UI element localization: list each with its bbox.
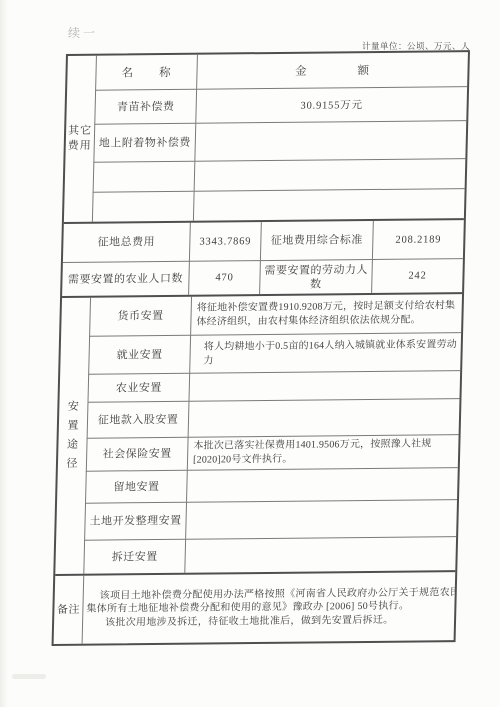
composite-standard-label: 征地费用综合标准 bbox=[271, 233, 363, 248]
fee-name-young-crops: 青苗补偿费 bbox=[117, 99, 175, 114]
composite-standard-label-cell: 征地费用综合标准 bbox=[260, 221, 373, 260]
resettlement-label-cell: 土地开发整理安置 bbox=[84, 502, 186, 540]
labor-count-value-cell: 242 bbox=[371, 258, 463, 293]
employment-resettlement-label: 就业安置 bbox=[116, 348, 162, 362]
reserved-land-resettlement-label: 留地安置 bbox=[113, 480, 159, 494]
resettlement-content-cell: 将征地补偿安置费1910.9208万元，按时足额支付给农村集体经济组织，由农村集… bbox=[190, 294, 462, 335]
equity-resettlement-content bbox=[189, 415, 459, 422]
resettlement-content-cell: 将人均耕地小于0.5亩的164人纳入城镇就业体系安置劳动力 bbox=[189, 332, 461, 373]
total-cost-label-cell: 征地总费用 bbox=[63, 223, 190, 262]
resettlement-content-cell bbox=[186, 467, 458, 502]
resettlement-label-cell: 农业安置 bbox=[87, 373, 189, 402]
labor-count-value: 242 bbox=[408, 270, 426, 281]
header-amount-cell: 金 额 bbox=[196, 52, 468, 89]
monetary-resettlement-content: 将征地补偿安置费1910.9208万元，按时足额支付给农村集体经济组织，由农村集… bbox=[191, 297, 462, 332]
remarks-text: 该项目土地补偿费分配使用办法严格按照《河南省人民政府办公厅关于规范农民 集体所有… bbox=[83, 584, 455, 632]
header-name-label: 名 称 bbox=[121, 64, 171, 80]
resettlement-label-cell: 就业安置 bbox=[88, 335, 190, 374]
fee-amount-young-crops: 30.9155万元 bbox=[300, 97, 363, 113]
fee-row-amount: 30.9155万元 bbox=[195, 86, 467, 123]
other-fees-group-label: 其它费用 bbox=[68, 124, 93, 154]
agri-population-label-cell: 需要安置的农业人口数 bbox=[62, 261, 189, 296]
fee-row-name-empty bbox=[92, 191, 194, 222]
total-cost-value: 3343.7869 bbox=[199, 236, 251, 247]
land-compensation-table: 其它费用 名 称 金 额 青苗补偿费 30.9155万元 地上附着物补偿费 bbox=[52, 50, 470, 646]
resettlement-content-cell bbox=[188, 398, 460, 437]
composite-standard-value-cell: 208.2189 bbox=[372, 220, 464, 259]
fee-row-amount-empty bbox=[193, 188, 465, 221]
land-development-resettlement-label: 土地开发整理安置 bbox=[89, 514, 181, 529]
resettlement-label-cell: 社会保险安置 bbox=[86, 437, 188, 471]
total-cost-label: 征地总费用 bbox=[97, 235, 155, 250]
resettlement-group-label: 安置途径 bbox=[65, 398, 80, 474]
social-insurance-resettlement-content: 本批次已落实社保费用1401.9506万元，按照豫人社规[2020]20号文件执… bbox=[188, 435, 459, 470]
resettlement-label-cell: 拆迁安置 bbox=[83, 539, 185, 574]
demolition-resettlement-content bbox=[186, 552, 456, 559]
remarks-group-label: 备注 bbox=[57, 603, 80, 617]
demolition-resettlement-label: 拆迁安置 bbox=[112, 550, 158, 564]
continuation-label: 续一 bbox=[68, 24, 98, 41]
labor-count-label: 需要安置的劳动力人数 bbox=[260, 263, 372, 292]
remarks-content-cell: 该项目土地补偿费分配使用办法严格按照《河南省人民政府办公厅关于规范农民 集体所有… bbox=[82, 572, 456, 644]
remarks-group-cell: 备注 bbox=[54, 576, 84, 644]
resettlement-content-cell bbox=[188, 370, 460, 401]
monetary-resettlement-label: 货币安置 bbox=[117, 309, 163, 323]
land-development-resettlement-content bbox=[187, 516, 457, 523]
fee-row-amount-empty bbox=[194, 158, 466, 191]
agriculture-resettlement-content bbox=[190, 383, 460, 390]
scan-edge-shading bbox=[0, 0, 8, 707]
social-insurance-resettlement-label: 社会保险安置 bbox=[103, 447, 172, 462]
fee-row-amount bbox=[194, 120, 466, 161]
equity-resettlement-label: 征地款入股安置 bbox=[98, 412, 179, 427]
agri-population-value-cell: 470 bbox=[188, 260, 260, 295]
header-amount-label: 金 额 bbox=[295, 62, 370, 79]
total-cost-value-cell: 3343.7869 bbox=[189, 222, 261, 261]
resettlement-content-cell: 本批次已落实社保费用1401.9506万元，按照豫人社规[2020]20号文件执… bbox=[187, 434, 459, 470]
section-totals: 征地总费用 3343.7869 征地费用综合标准 208.2189 需要安置的农… bbox=[62, 218, 464, 296]
resettlement-label-cell: 货币安置 bbox=[89, 297, 191, 336]
labor-count-label-cell: 需要安置的劳动力人数 bbox=[259, 259, 372, 294]
agriculture-resettlement-label: 农业安置 bbox=[116, 381, 162, 395]
resettlement-label-cell: 留地安置 bbox=[85, 470, 187, 503]
section-remarks: 备注 该项目土地补偿费分配使用办法严格按照《河南省人民政府办公厅关于规范农民 集… bbox=[54, 570, 456, 644]
employment-resettlement-content: 将人均耕地小于0.5亩的164人纳入城镇就业体系安置劳动力 bbox=[190, 336, 461, 371]
other-fees-group-cell: 其它费用 bbox=[64, 56, 96, 222]
fee-row-name: 青苗补偿费 bbox=[94, 89, 196, 124]
header-name-cell: 名 称 bbox=[95, 55, 197, 90]
remarks-line-3: 该批次用地涉及拆迁，待征收土地批准后，做到先安置后拆迁。 bbox=[86, 613, 452, 630]
reserved-land-resettlement-content bbox=[187, 482, 457, 489]
resettlement-content-cell bbox=[185, 499, 457, 539]
resettlement-label-cell: 征地款入股安置 bbox=[87, 401, 189, 438]
section-other-fees: 其它费用 名 称 金 额 青苗补偿费 30.9155万元 地上附着物补偿费 bbox=[64, 52, 468, 222]
agri-population-value: 470 bbox=[215, 272, 233, 283]
fee-name-ground-attachments: 地上附着物补偿费 bbox=[99, 135, 191, 150]
composite-standard-value: 208.2189 bbox=[395, 234, 441, 245]
fee-row-name: 地上附着物补偿费 bbox=[93, 123, 195, 162]
agri-population-label: 需要安置的农业人口数 bbox=[68, 271, 183, 286]
scan-smudge bbox=[12, 674, 46, 679]
section-resettlement: 安置途径 货币安置 将征地补偿安置费1910.9208万元，按时足额支付给农村集… bbox=[55, 292, 462, 574]
resettlement-content-cell bbox=[184, 536, 456, 573]
fee-row-name-empty bbox=[93, 161, 195, 192]
